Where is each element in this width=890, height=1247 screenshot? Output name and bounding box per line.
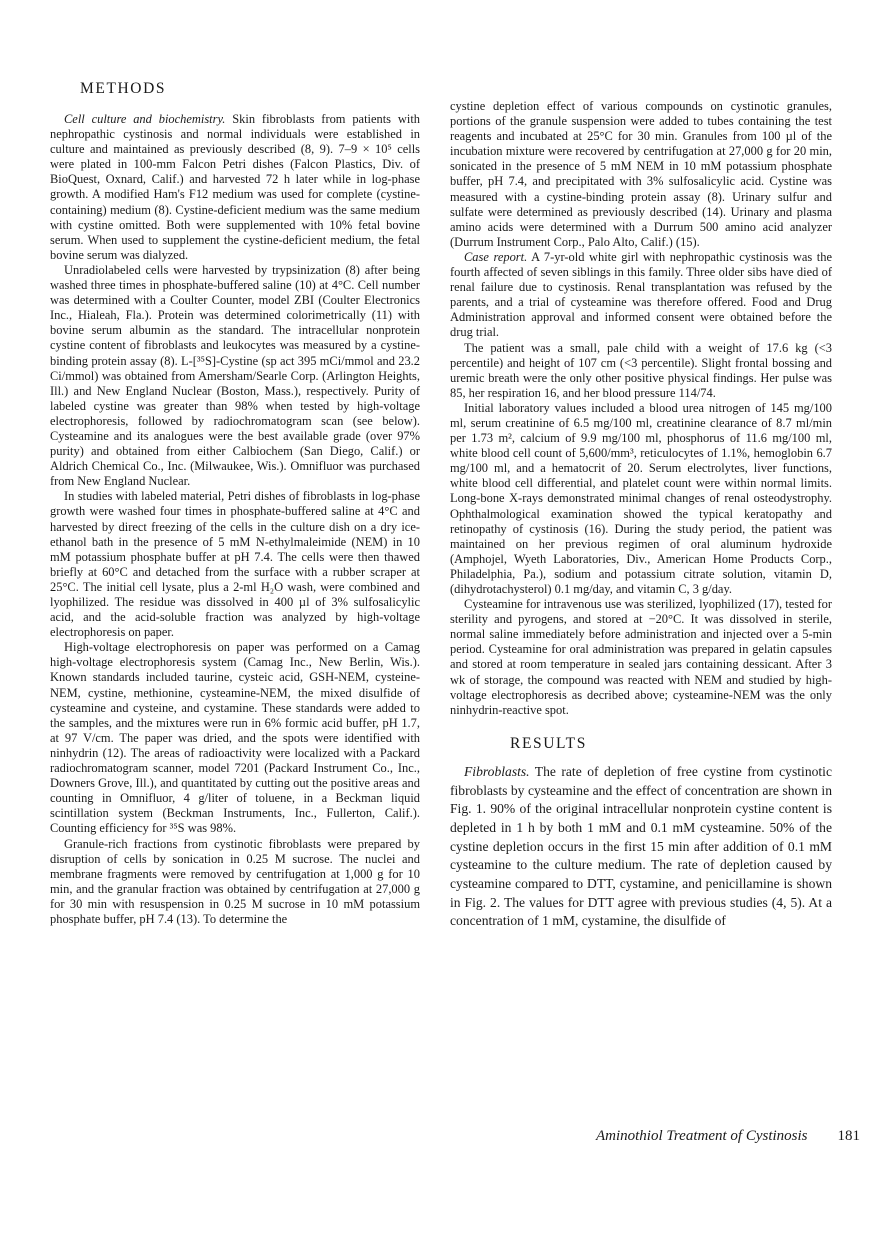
methods-paragraph-1-text: Skin fibroblasts from patients with neph… [50,112,420,262]
page-footer: Aminothiol Treatment of Cystinosis 181 [520,1128,860,1145]
continuation-text: cystine depletion effect of various comp… [450,99,832,249]
methods-paragraph-1-lead: Cell culture and biochemistry. [64,112,225,126]
right-column-body: cystine depletion effect of various comp… [450,99,832,931]
results-heading: RESULTS [510,735,832,753]
fibroblasts-lead: Fibroblasts. [464,764,530,779]
lab-values-text: Initial laboratory values included a blo… [450,401,832,596]
methods-paragraph-3-text: In studies with labeled material, Petri … [50,489,420,639]
running-title: Aminothiol Treatment of Cystinosis [596,1128,808,1145]
continuation-paragraph: cystine depletion effect of various comp… [450,99,832,250]
case-report-lead: Case report. [464,250,527,264]
methods-heading: METHODS [80,80,166,98]
cysteamine-prep-text: Cysteamine for intravenous use was steri… [450,597,832,717]
page-number: 181 [838,1128,861,1145]
case-report-paragraph: Case report. A 7-yr-old white girl with … [450,250,832,341]
lab-values-paragraph: Initial laboratory values included a blo… [450,401,832,597]
patient-text: The patient was a small, pale child with… [450,341,832,400]
fibroblasts-paragraph: Fibroblasts. The rate of depletion of fr… [450,763,832,931]
methods-paragraph-1: Cell culture and biochemistry. Skin fibr… [50,112,420,263]
methods-paragraph-2-text: Unradiolabeled cells were harvested by t… [50,263,420,488]
methods-paragraph-4: High-voltage electrophoresis on paper wa… [50,640,420,836]
methods-paragraph-4-text: High-voltage electrophoresis on paper wa… [50,640,420,835]
methods-body: Cell culture and biochemistry. Skin fibr… [50,112,420,927]
cysteamine-prep-paragraph: Cysteamine for intravenous use was steri… [450,597,832,718]
methods-paragraph-5: Granule-rich fractions from cystinotic f… [50,837,420,928]
methods-paragraph-3: In studies with labeled material, Petri … [50,489,420,640]
methods-paragraph-2: Unradiolabeled cells were harvested by t… [50,263,420,489]
fibroblasts-text: The rate of depletion of free cystine fr… [450,764,832,929]
patient-paragraph: The patient was a small, pale child with… [450,341,832,401]
methods-paragraph-5-text: Granule-rich fractions from cystinotic f… [50,837,420,926]
